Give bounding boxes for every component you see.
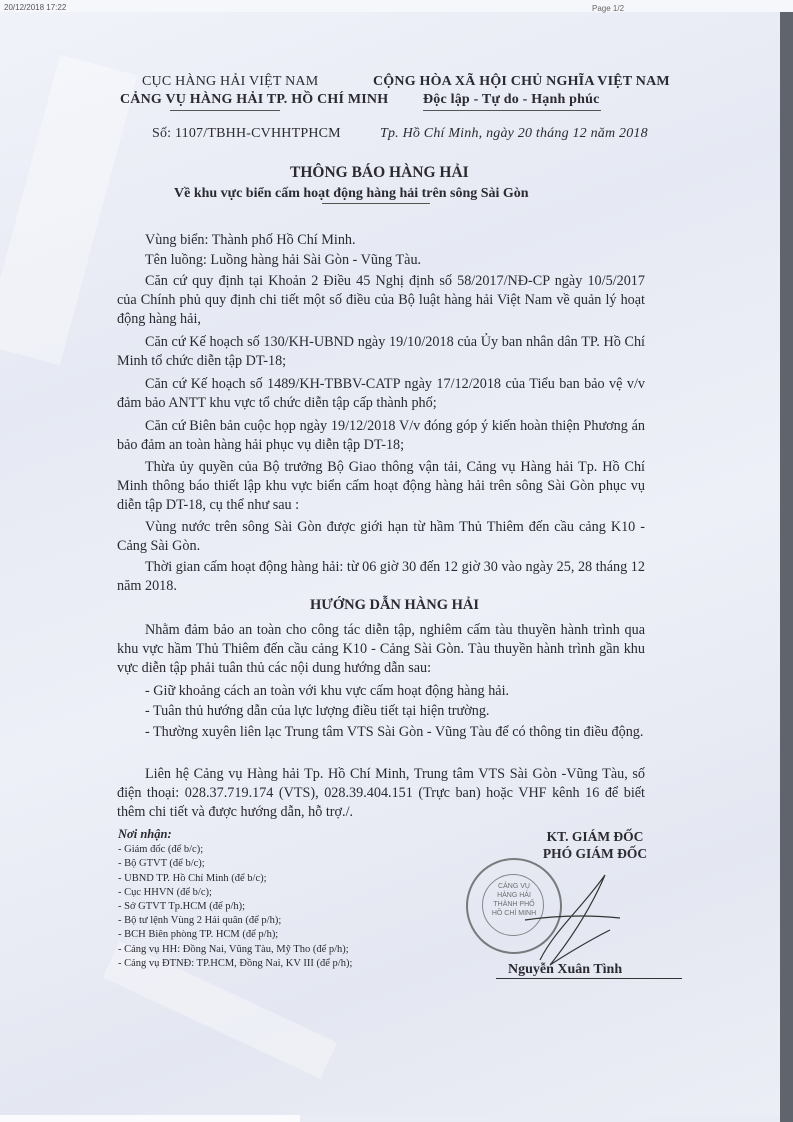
recipient-item: - BCH Biên phòng TP. HCM (để p/h); <box>118 928 418 942</box>
scan-right-edge <box>780 12 793 1122</box>
signature-block: KT. GIÁM ĐỐC PHÓ GIÁM ĐỐC <box>520 828 670 862</box>
body-paragraph: Tên luồng: Luồng hàng hải Sài Gòn - Vũng… <box>117 251 645 270</box>
recipient-item: - Bộ GTVT (để b/c); <box>118 857 418 871</box>
page-number: Page 1/2 <box>592 4 624 13</box>
recipient-item: - Cảng vụ HH: Đồng Nai, Vũng Tàu, Mỹ Tho… <box>118 943 418 957</box>
body-paragraph: Thời gian cấm hoạt động hàng hải: từ 06 … <box>117 558 645 596</box>
signature-title: KT. GIÁM ĐỐC <box>520 828 670 845</box>
print-timestamp: 20/12/2018 17:22 <box>4 3 66 12</box>
notice-title: THÔNG BÁO HÀNG HẢI <box>290 164 469 182</box>
body-paragraph: Vùng nước trên sông Sài Gòn được giới hạ… <box>117 518 645 556</box>
guidance-heading: HƯỚNG DẪN HÀNG HẢI <box>310 597 479 614</box>
office-name: CẢNG VỤ HÀNG HẢI TP. HỒ CHÍ MINH <box>120 92 388 108</box>
guidance-item: - Giữ khoảng cách an toàn với khu vực cấ… <box>117 682 645 701</box>
recipient-item: - Cục HHVN (để b/c); <box>118 886 418 900</box>
recipients-heading: Nơi nhận: <box>118 827 418 841</box>
document-number: Số: 1107/TBHH-CVHHTPHCM <box>152 126 341 142</box>
agency-name: CỤC HÀNG HẢI VIỆT NAM <box>142 74 318 90</box>
body-paragraph: Thừa ủy quyền của Bộ trưởng Bộ Giao thôn… <box>117 458 645 515</box>
body-paragraph: Vùng biển: Thành phố Hồ Chí Minh. <box>117 231 645 250</box>
recipient-item: - UBND TP. Hồ Chí Minh (để b/c); <box>118 872 418 886</box>
scan-bottom-margin <box>0 1115 300 1122</box>
national-motto: Độc lập - Tự do - Hạnh phúc <box>423 92 600 108</box>
signature-underline <box>496 978 682 979</box>
recipients-list: Nơi nhận: - Giám đốc (để b/c); - Bộ GTVT… <box>118 827 418 971</box>
body-paragraph: Căn cứ quy định tại Khoản 2 Điều 45 Nghị… <box>117 272 645 329</box>
recipient-item: - Bộ tư lệnh Vùng 2 Hải quân (để p/h); <box>118 914 418 928</box>
recipient-item: - Sở GTVT Tp.HCM (để p/h); <box>118 900 418 914</box>
country-name: CỘNG HÒA XÃ HỘI CHỦ NGHĨA VIỆT NAM <box>373 74 670 90</box>
signature-position: PHÓ GIÁM ĐỐC <box>520 845 670 862</box>
signer-name: Nguyễn Xuân Tình <box>508 962 622 978</box>
guidance-item: - Thường xuyên liên lạc Trung tâm VTS Sà… <box>117 723 645 742</box>
guidance-item: - Tuân thủ hướng dẫn của lực lượng điều … <box>117 702 645 721</box>
handwritten-signature-icon <box>520 870 630 970</box>
notice-subtitle: Về khu vực biển cấm hoạt động hàng hải t… <box>174 186 529 202</box>
contact-info: Liên hệ Cảng vụ Hàng hải Tp. Hồ Chí Minh… <box>117 765 645 822</box>
header-right-rule <box>423 110 601 111</box>
body-paragraph: Căn cứ Kế hoạch số 130/KH-UBND ngày 19/1… <box>117 333 645 371</box>
recipient-item: - Giám đốc (để b/c); <box>118 843 418 857</box>
issue-date: Tp. Hồ Chí Minh, ngày 20 tháng 12 năm 20… <box>380 126 648 142</box>
body-paragraph: Căn cứ Biên bản cuộc họp ngày 19/12/2018… <box>117 417 645 455</box>
body-paragraph: Căn cứ Kế hoạch số 1489/KH-TBBV-CATP ngà… <box>117 375 645 413</box>
guidance-intro: Nhằm đảm bảo an toàn cho công tác diễn t… <box>117 621 645 678</box>
recipient-item: - Cảng vụ ĐTNĐ: TP.HCM, Đồng Nai, KV III… <box>118 957 418 971</box>
header-left-rule <box>170 110 280 111</box>
subtitle-rule <box>322 203 430 204</box>
scan-top-margin <box>0 0 793 12</box>
